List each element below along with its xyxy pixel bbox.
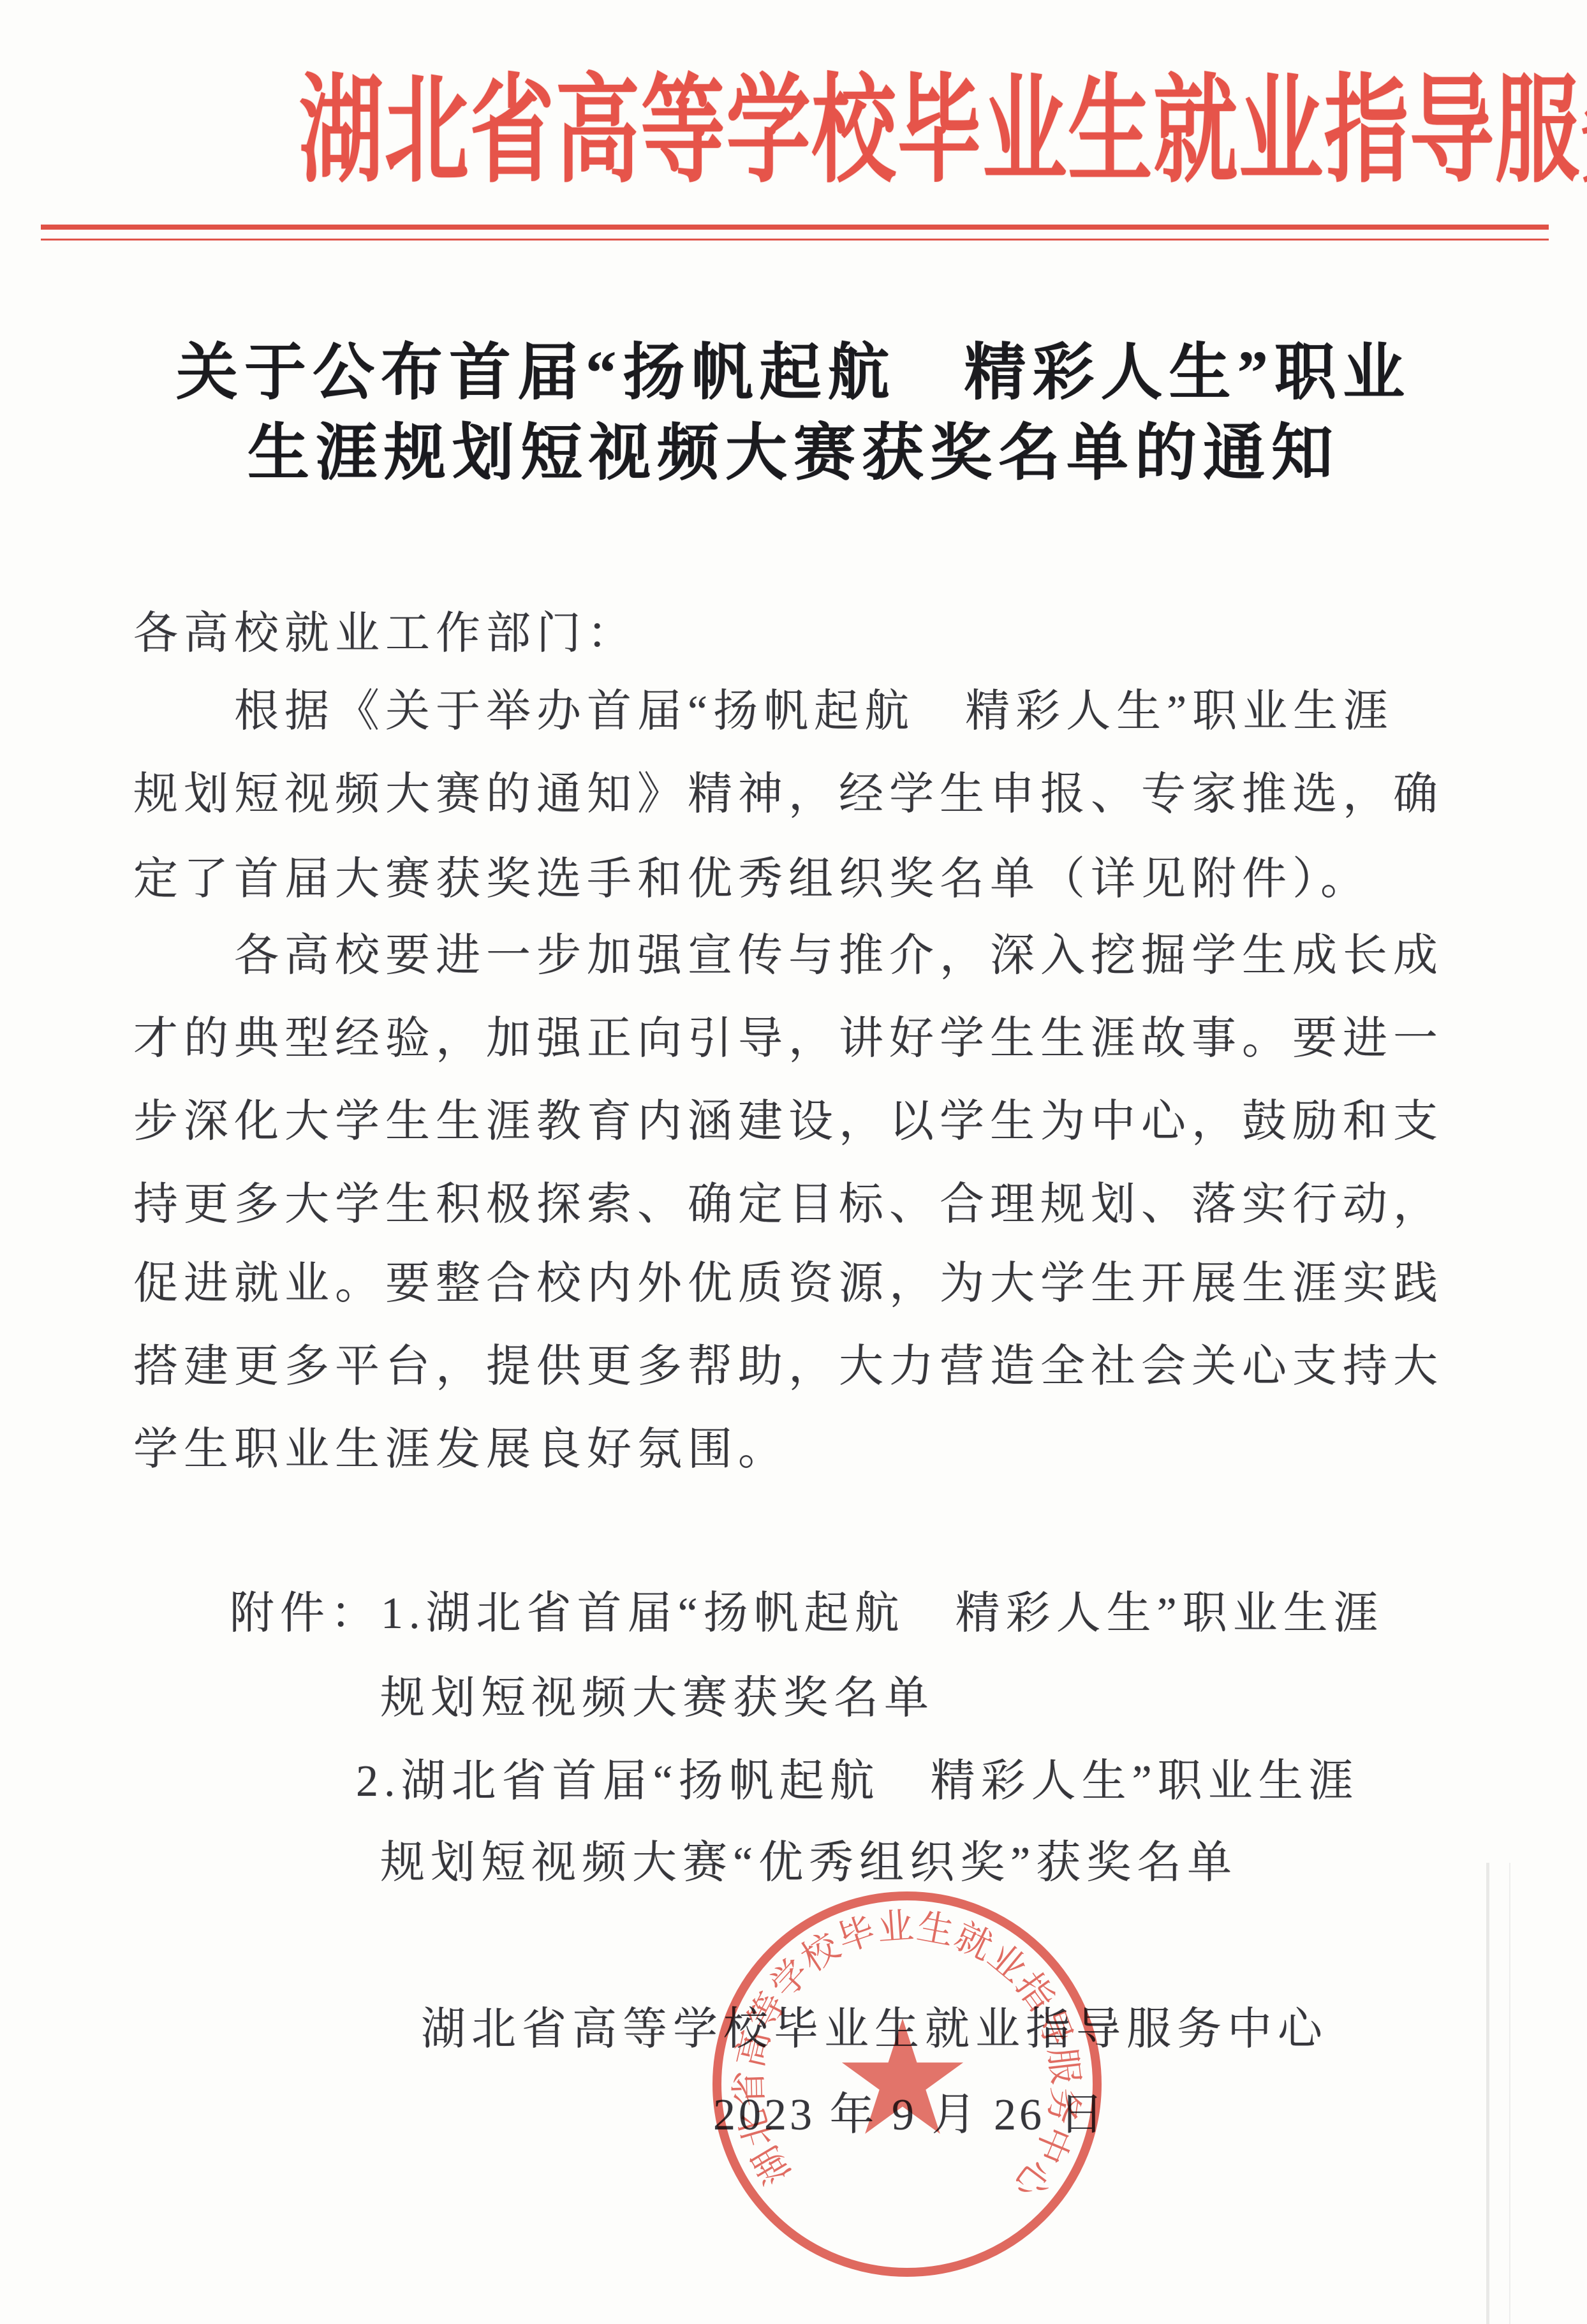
scan-streak: [1486, 1863, 1489, 2324]
red-rule-thick: [41, 225, 1549, 230]
body-line: 规划短视频大赛的通知》精神，经学生申报、专家推选，确: [133, 768, 1443, 822]
notice-title-line-1: 关于公布首届“扬帆起航 精彩人生”职业: [0, 339, 1587, 408]
official-seal: 湖北省高等学校毕业生就业指导服务中心: [707, 1883, 1110, 2286]
body-line: 学生职业生涯发展良好氛围。: [133, 1423, 788, 1477]
body-line: 持更多大学生积极探索、确定目标、合理规划、落实行动，: [133, 1178, 1443, 1232]
scanned-notice-page: 湖北省高等学校毕业生就业指导服务中心 关于公布首届“扬帆起航 精彩人生”职业 生…: [0, 0, 1587, 2324]
attachment-item-2-line-2: 规划短视频大赛“优秀组织奖”获奖名单: [380, 1837, 1237, 1890]
body-line: 根据《关于举办首届“扬帆起航 精彩人生”职业生涯: [234, 685, 1394, 739]
masthead-org-name: 湖北省高等学校毕业生就业指导服务中心: [299, 61, 1587, 202]
red-rule-thin: [41, 239, 1549, 241]
body-salutation: 各高校就业工作部门：: [133, 607, 637, 661]
masthead: 湖北省高等学校毕业生就业指导服务中心: [0, 61, 1587, 202]
notice-title-line-2: 生涯规划短视频大赛获奖名单的通知: [0, 420, 1587, 488]
seal-star-icon: [842, 2018, 963, 2134]
body-line: 搭建更多平台，提供更多帮助，大力营造全社会关心支持大: [133, 1340, 1443, 1394]
body-line: 各高校要进一步加强宣传与推介，深入挖掘学生成长成: [234, 929, 1443, 983]
attachment-item-2-line-1: 2.湖北省首届“扬帆起航 精彩人生”职业生涯: [356, 1755, 1359, 1809]
body-line: 促进就业。要整合校内外优质资源，为大学生开展生涯实践: [133, 1257, 1443, 1311]
attachment-item-1-line-2: 规划短视频大赛获奖名单: [380, 1672, 934, 1726]
body-line: 定了首届大赛获奖选手和优秀组织奖名单（详见附件）。: [133, 853, 1371, 907]
scan-streak: [1509, 1863, 1510, 2324]
body-line: 才的典型经验，加强正向引导，讲好学生生涯故事。要进一: [133, 1012, 1443, 1066]
attachment-item-1-line-1: 附件：1.湖北省首届“扬帆起航 精彩人生”职业生涯: [230, 1587, 1384, 1641]
body-line: 步深化大学生生涯教育内涵建设，以学生为中心，鼓励和支: [133, 1095, 1443, 1149]
